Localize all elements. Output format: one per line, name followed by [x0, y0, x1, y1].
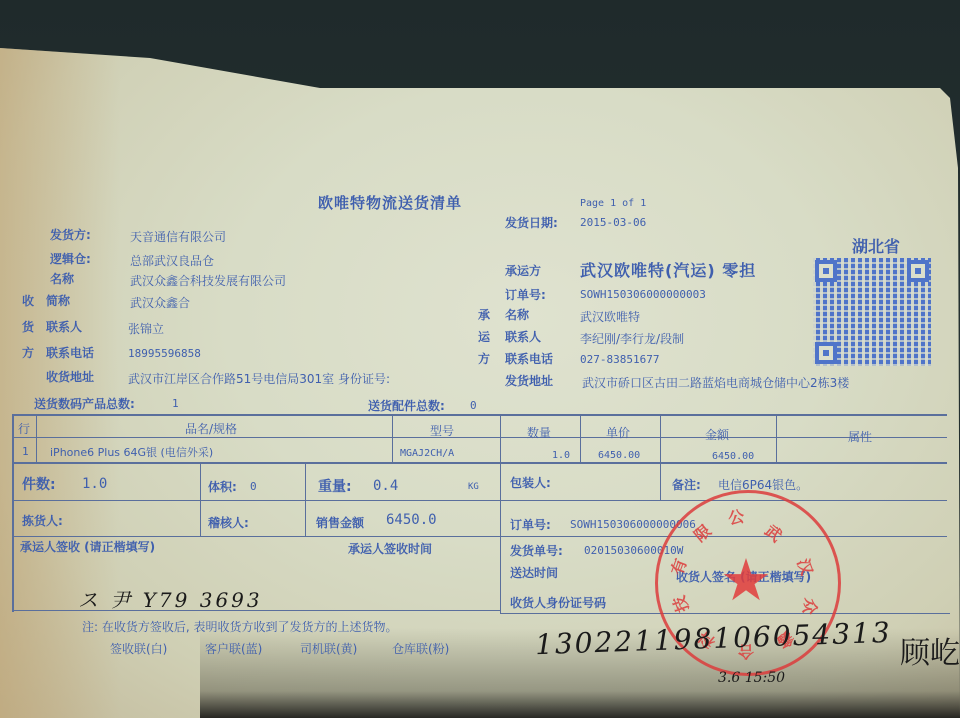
col-header-amount: 金额: [705, 426, 729, 443]
checker-label: 稽核人:: [208, 514, 249, 531]
warehouse-label: 逻辑仓:: [50, 250, 91, 267]
col-header-model: 型号: [430, 422, 454, 439]
table-row-divider: [12, 462, 947, 464]
accessories-total: 0: [470, 399, 477, 412]
carrier-sign-time-label: 承运人签收时间: [348, 540, 432, 557]
sales-amount-label: 销售金额: [316, 514, 364, 531]
serial-products-total: 1: [172, 397, 179, 410]
delivery-no-label: 发货单号:: [510, 542, 563, 559]
packer-label: 包装人:: [510, 474, 551, 491]
carrier-handwritten-plate: ス 尹 Y79 3693: [78, 584, 263, 613]
col-divider-model: [500, 414, 501, 614]
carrier-address-label: 发货地址: [505, 372, 553, 389]
document-title: 欧唯特物流送货清单: [318, 192, 462, 213]
stamp-text-2: 汉: [792, 555, 819, 578]
ship-date: 2015-03-06: [580, 216, 646, 229]
stamp-text-1: 武: [760, 519, 787, 547]
copy-white: 签收联(白): [110, 640, 167, 657]
summary-col-divider-1: [200, 462, 201, 537]
table-border-left: [12, 414, 14, 612]
row-1-model: MGAJ2CH/A: [400, 448, 454, 459]
accessories-total-label: 送货配件总数:: [368, 397, 445, 414]
arrival-time-label: 送达时间: [510, 564, 558, 581]
receiver-phone-label: 联系电话: [46, 344, 94, 361]
carrier-name: 武汉欧唯特: [580, 308, 640, 325]
order-no-label: 订单号:: [510, 516, 551, 533]
qr-finder-bottom-left: [815, 342, 837, 364]
ship-date-label: 发货日期:: [505, 214, 558, 231]
remark-label: 备注:: [672, 476, 701, 493]
receiver-signature-handwritten: 顾屹: [900, 628, 960, 672]
warehouse-value: 总部武汉良品仓: [130, 252, 214, 269]
carrier-side-char-2: 运: [478, 328, 490, 345]
weight-label: 重量:: [318, 476, 352, 496]
carrier-side-char-1: 承: [478, 306, 490, 323]
shipper-label: 发货方:: [50, 226, 91, 243]
receiver-contact: 张锦立: [128, 320, 164, 337]
col-divider-name: [392, 414, 393, 464]
carrier-contact-label: 联系人: [505, 328, 541, 345]
summary-col-divider-2: [305, 462, 306, 537]
col-divider-price: [660, 414, 661, 501]
col-header-row: 行: [18, 420, 30, 437]
table-header-divider: [12, 437, 947, 438]
stamp-star-icon: ★: [720, 551, 772, 609]
weight-unit: KG: [468, 482, 479, 492]
carrier-contact: 李纪刚/李行龙/段制: [580, 330, 684, 347]
page-indicator: Page 1 of 1: [580, 198, 646, 209]
receiver-side-char-2: 货: [22, 318, 34, 335]
receiver-phone: 18995596858: [128, 347, 201, 360]
stamp-text-8: 有: [664, 555, 691, 578]
stamp-text-3: 众: [798, 597, 823, 617]
row-1-product: iPhone6 Plus 64G银 (电信外采): [50, 444, 213, 460]
serial-products-total-label: 送货数码产品总数:: [34, 395, 135, 412]
picker-label: 拣货人:: [22, 512, 63, 529]
carrier-side-char-3: 方: [478, 350, 490, 367]
qr-code: [813, 258, 931, 366]
col-divider-amount: [776, 414, 777, 464]
carrier-name-label: 名称: [505, 306, 529, 323]
row-1-qty: 1.0: [552, 450, 570, 461]
row-1-price: 6450.00: [598, 450, 640, 461]
stamp-text-7: 技: [666, 593, 693, 616]
stamp-text-10: 公: [726, 504, 746, 529]
pieces-value: 1.0: [82, 476, 107, 492]
qr-finder-top-left: [815, 260, 837, 282]
receiver-contact-label: 联系人: [46, 318, 82, 335]
col-header-price: 单价: [606, 424, 630, 441]
carrier-order-label: 订单号:: [505, 286, 546, 303]
receiver-short-name: 武汉众鑫合: [130, 294, 190, 311]
receiver-time-handwritten: 3.6 15:50: [718, 670, 785, 686]
summary-row-divider-1: [12, 500, 947, 501]
col-header-qty: 数量: [527, 424, 551, 441]
row-1-amount: 6450.00: [712, 451, 754, 462]
carrier-phone-label: 联系电话: [505, 350, 553, 367]
carrier-sign-label: 承运人签收 (请正楷填写): [20, 538, 155, 555]
receiver-id-label: 收货人身份证号码: [510, 594, 606, 611]
volume-label: 体积:: [208, 478, 237, 495]
province-label: 湖北省: [852, 234, 900, 257]
weight-value: 0.4: [373, 478, 398, 494]
carrier-address: 武汉市硚口区古田二路蓝焰电商城仓储中心2栋3楼: [582, 374, 849, 391]
pieces-label: 件数:: [22, 474, 56, 494]
col-divider-row: [36, 414, 37, 464]
carrier-label: 承运方: [505, 262, 541, 279]
shipper-value: 天音通信有限公司: [130, 228, 226, 245]
sales-amount-value: 6450.0: [386, 512, 437, 528]
receiver-name: 武汉众鑫合科技发展有限公司: [130, 272, 286, 289]
receiver-short-label: 简称: [46, 292, 70, 309]
carrier-order-no: SOWH150306000000003: [580, 288, 706, 301]
receiver-name-label: 名称: [50, 270, 74, 287]
carrier-value: 武汉欧唯特(汽运) 零担: [580, 258, 756, 281]
col-divider-qty: [580, 414, 581, 464]
footer-note: 注: 在收货方签收后, 表明收货方收到了发货方的上述货物。: [82, 618, 398, 635]
copy-yellow: 司机联(黄): [300, 640, 357, 657]
copy-pink: 仓库联(粉): [392, 640, 449, 657]
table-border-top: [12, 414, 947, 416]
receiver-side-char-1: 收: [22, 292, 34, 309]
col-header-attr: 属性: [848, 428, 872, 445]
col-header-name: 品名/规格: [185, 420, 237, 437]
volume-value: 0: [250, 480, 257, 493]
row-1-index: 1: [22, 445, 29, 458]
carrier-phone: 027-83851677: [580, 353, 659, 366]
receiver-address: 武汉市江岸区合作路51号电信局301室 身份证号:: [128, 370, 390, 387]
qr-finder-top-right: [907, 260, 929, 282]
copy-blue: 客户联(蓝): [205, 640, 262, 657]
stamp-text-9: 限: [688, 519, 715, 547]
receiver-address-label: 收货地址: [46, 368, 94, 385]
receiver-side-char-3: 方: [22, 344, 34, 361]
